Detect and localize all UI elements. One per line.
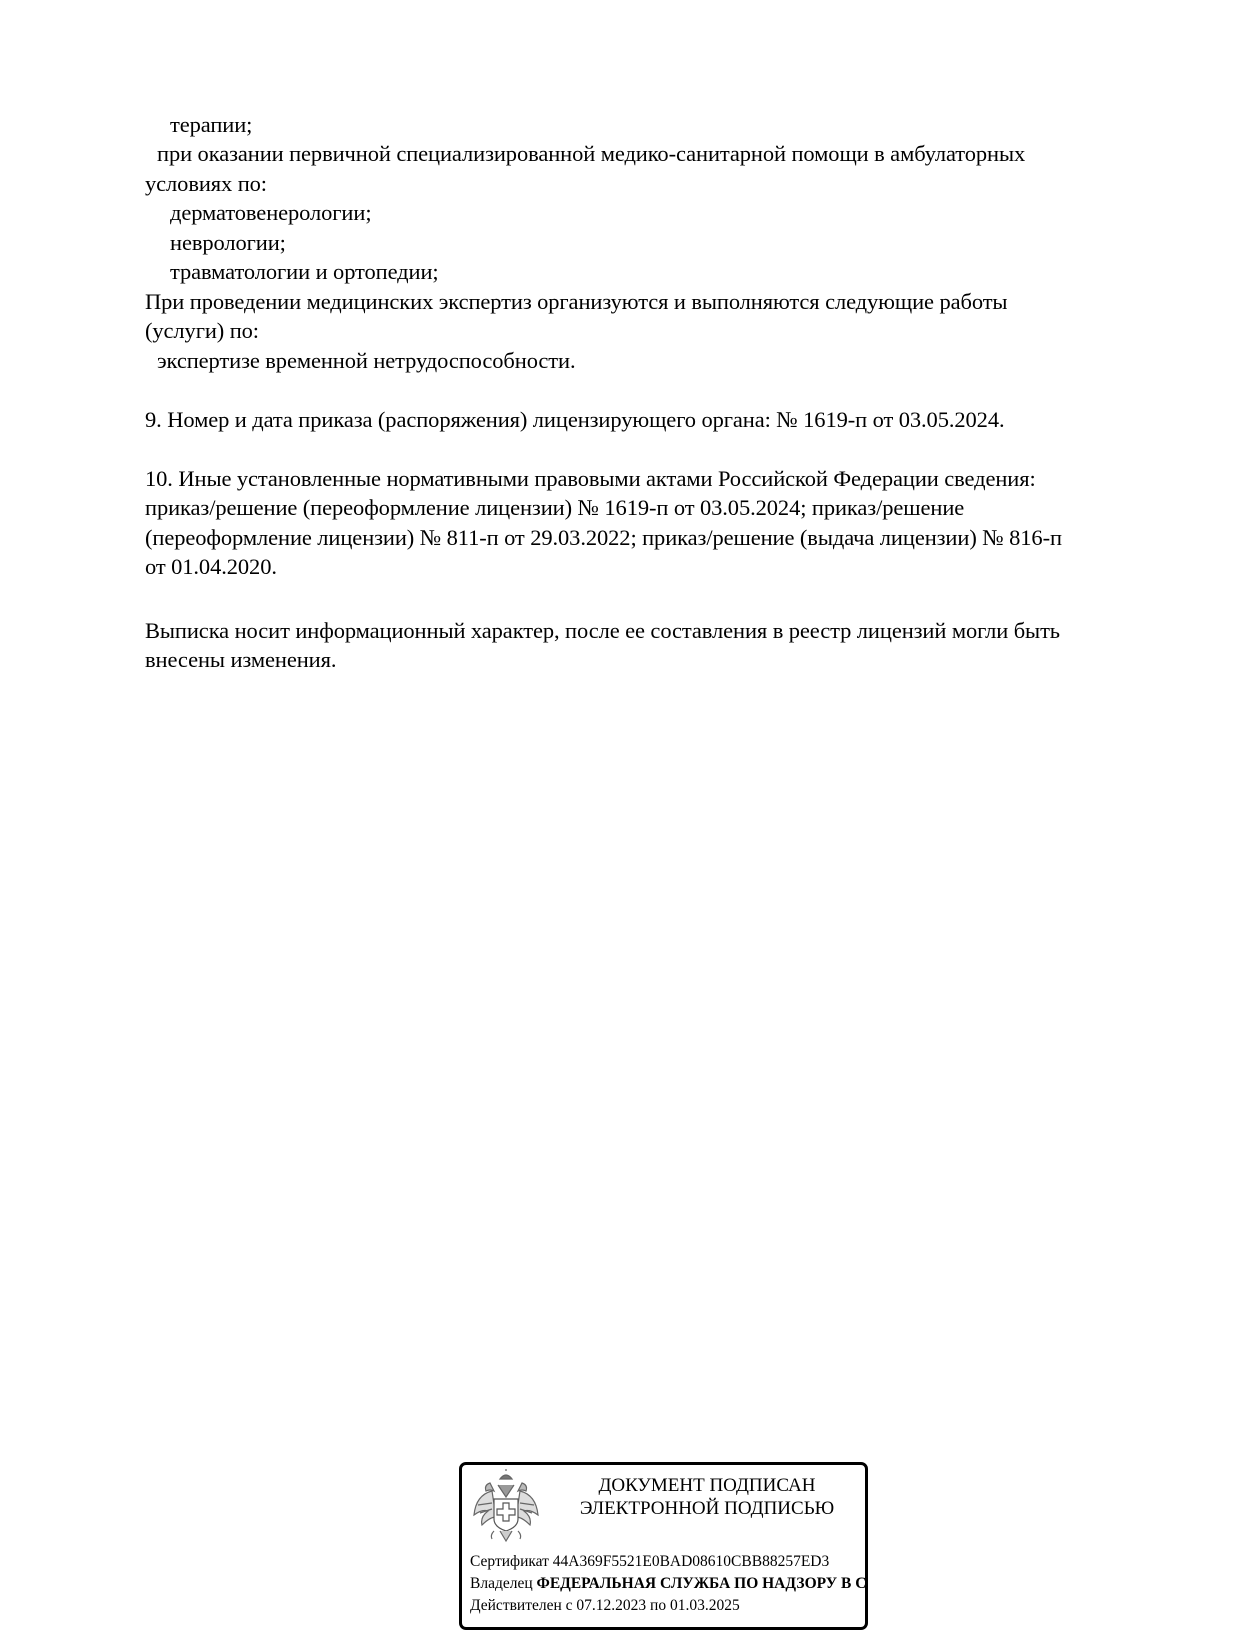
disclaimer-line-1: Выписка носит информационный характер, п… (145, 616, 1060, 646)
text-line-conditions: условиях по: (145, 169, 267, 199)
text-line-expertise-intro: При проведении медицинских экспертиз орг… (145, 287, 1007, 317)
section-10-line-3: от 01.04.2020. (145, 552, 277, 582)
text-line-primary-care: при оказании первичной специализированно… (157, 139, 1025, 169)
stamp-title-line-1: ДОКУМЕНТ ПОДПИСАН (557, 1475, 857, 1497)
owner-label: Владелец (470, 1575, 533, 1592)
section-10-line-2: (переоформление лицензии) № 811-п от 29.… (145, 523, 1062, 553)
certificate-label: Сертификат (470, 1553, 549, 1570)
owner-row: Владелец ФЕДЕРАЛЬНАЯ СЛУЖБА ПО НАДЗОРУ В… (470, 1574, 868, 1594)
text-line-disability-expertise: экспертизе временной нетрудоспособности. (157, 346, 576, 376)
russian-coat-of-arms-icon (472, 1469, 540, 1545)
disclaimer-line-2: внесены изменения. (145, 645, 336, 675)
text-line-dermatovenereology: дерматовенерологии; (170, 198, 371, 228)
text-line-services: (услуги) по: (145, 316, 259, 346)
certificate-row: Сертификат 44A369F5521E0BAD08610CBB88257… (470, 1552, 829, 1572)
section-10-heading: 10. Иные установленные нормативными прав… (145, 464, 1036, 494)
owner-value: ФЕДЕРАЛЬНАЯ СЛУЖБА ПО НАДЗОРУ В СФЕРЕ ЗД… (537, 1575, 868, 1592)
text-line-neurology: неврологии; (170, 228, 286, 258)
certificate-value: 44A369F5521E0BAD08610CBB88257ED3 (553, 1553, 829, 1570)
section-10-line-1: приказ/решение (переоформление лицензии)… (145, 493, 964, 523)
validity-row: Действителен с 07.12.2023 по 01.03.2025 (470, 1596, 740, 1616)
text-line-traumatology: травматологии и ортопедии; (170, 257, 439, 287)
electronic-signature-stamp: ДОКУМЕНТ ПОДПИСАН ЭЛЕКТРОННОЙ ПОДПИСЬЮ С… (459, 1462, 868, 1630)
text-line-therapy: терапии; (170, 110, 252, 140)
stamp-title-line-2: ЭЛЕКТРОННОЙ ПОДПИСЬЮ (557, 1498, 857, 1520)
section-9-order: 9. Номер и дата приказа (распоряжения) л… (145, 405, 1005, 435)
